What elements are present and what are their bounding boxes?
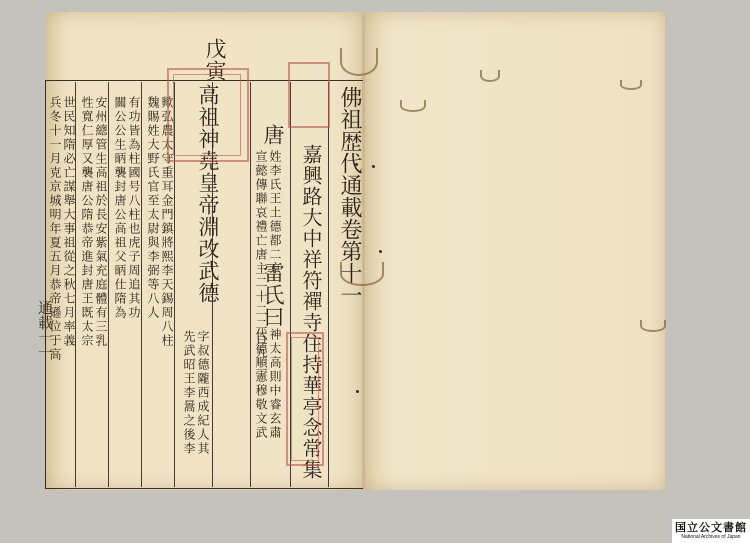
column-rule [141,82,142,487]
body-column: 關公公生昞襲封唐公高祖父昞仕隋為 [113,96,127,320]
worm-damage [340,262,384,286]
raishi-note-left: 代德順憲穆敬文武 [254,328,268,440]
dynasty-heading: 唐 [258,124,288,146]
ink-speck [372,165,375,168]
raishi-line: 雷氏曰 [258,262,288,328]
column-rule [108,82,109,487]
red-seal-title [288,62,330,128]
raishi-note-right: 神太高則中睿玄肅 [268,328,282,440]
archive-watermark: 国立公文書館 National Archives of Japan [672,519,750,543]
watermark-english: National Archives of Japan [681,534,740,541]
worm-damage [480,70,500,82]
body-column: 安州總管生高祖於長安紫氣充庭體有三乳 [94,96,108,348]
worm-damage [340,48,378,76]
ink-speck [356,390,359,393]
body-column: 世民知隋必亡謀舉大事祖從之秋七月率義 [62,96,76,348]
worm-damage [640,320,666,332]
spine-label: 通載十一 [35,300,56,360]
red-seal-large [167,68,249,162]
body-column: 有功皆為柱國号八柱也虎子周追其功 [127,96,141,320]
column-rule [328,82,329,487]
column-rule [250,82,251,487]
body-column: 性寬仁厚又襲唐公隋恭帝進封唐王既太宗 [80,96,94,348]
red-seal-library [286,332,324,466]
body-column: 魏賜姓大野氏官至太尉與李弼等八人 [146,96,160,320]
ink-speck [355,163,358,166]
ink-speck [379,250,382,253]
watermark-japanese: 国立公文書館 [675,522,747,534]
worm-damage [400,100,426,112]
worm-damage [620,80,642,90]
emperor-note-left: 先武昭王李暠之後李 [182,330,196,456]
dynasty-note-right: 姓李氏王土德都二京 [268,150,282,276]
emperor-note-right: 字叔德隴西成紀人其 [196,330,210,456]
